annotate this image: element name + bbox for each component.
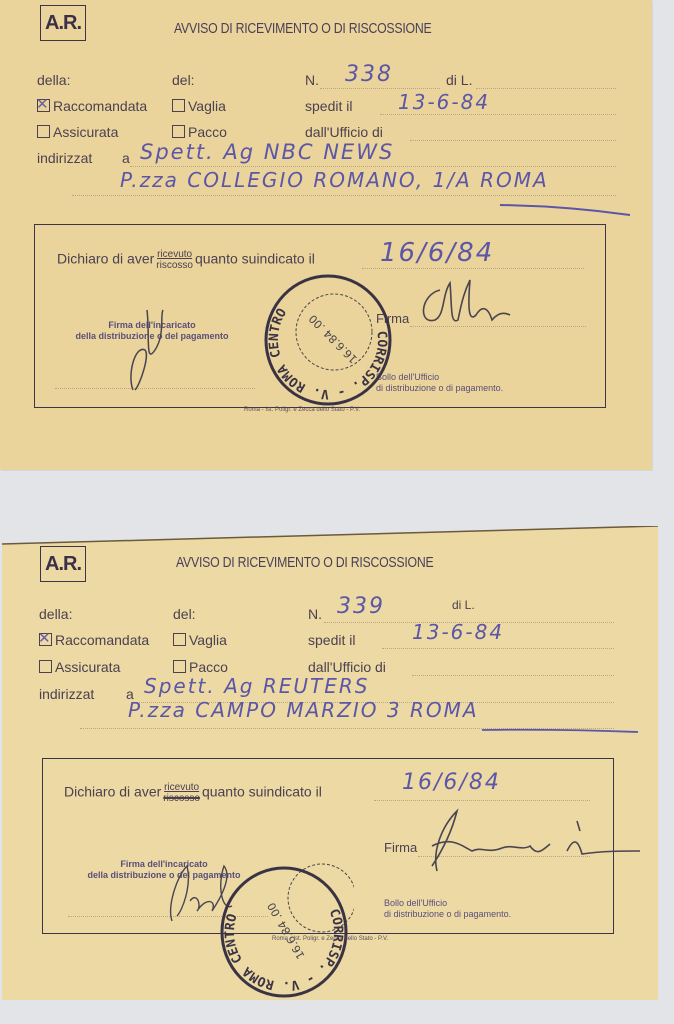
handwritten-recipient-2: P.zza CAMPO MARZIO 3 ROMA: [128, 698, 479, 722]
checkbox-icon: [173, 660, 186, 673]
form-title: AVVISO DI RICEVIMENTO O DI RISCOSSIONE: [174, 20, 431, 37]
printer-credit: Roma - Ist. Poligr. e Zecca dello Stato …: [244, 407, 360, 413]
svg-text:CORRISP. - V. ROMA CENTRO: CORRISP. - V. ROMA CENTRO: [260, 288, 398, 410]
checkbox-icon: [37, 125, 50, 138]
number-label: N.: [305, 72, 319, 88]
amount-line: [476, 88, 616, 89]
agent-signature: [125, 305, 175, 395]
della-label: della:: [39, 606, 72, 622]
ar-label: A.R.: [40, 546, 86, 582]
sent-label: spedit il: [305, 98, 352, 114]
office-label: dall'Ufficio di: [305, 124, 383, 140]
addressed-label: indirizzat: [37, 150, 92, 166]
ar-label: A.R.: [40, 5, 86, 41]
checkbox-vaglia[interactable]: Vaglia: [172, 98, 226, 114]
amount-label: di L.: [446, 72, 472, 88]
receipt-card-1: A.R. AVVISO DI RICEVIMENTO O DI RISCOSSI…: [0, 0, 652, 470]
recipient-signature: [410, 275, 520, 335]
checkbox-checked-icon: [37, 99, 50, 112]
handwritten-declaration-date: 16/6/84: [380, 238, 494, 268]
del-label: del:: [172, 72, 195, 88]
handwritten-number: 339: [337, 594, 385, 619]
address-line-2: [72, 195, 616, 196]
checkbox-raccomandata[interactable]: Raccomandata: [37, 98, 147, 114]
handwritten-declaration-date: 16/6/84: [402, 770, 501, 795]
checkbox-icon: [39, 660, 52, 673]
sent-line: [382, 648, 614, 649]
checkbox-pacco[interactable]: Pacco: [173, 659, 228, 675]
handwritten-recipient-2: P.zza COLLEGIO ROMANO, 1/A ROMA: [120, 168, 549, 192]
checkbox-assicurata[interactable]: Assicurata: [39, 659, 120, 675]
office-label: dall'Ufficio di: [308, 659, 386, 675]
sent-label: spedit il: [308, 632, 355, 648]
checkbox-pacco[interactable]: Pacco: [172, 124, 227, 140]
addressed-label: indirizzat: [39, 686, 94, 702]
number-label: N.: [308, 606, 322, 622]
checkbox-raccomandata[interactable]: Raccomandata: [39, 632, 149, 648]
printer-credit: Roma - Ist. Poligr. e Zecca dello Stato …: [272, 936, 388, 942]
receipt-card-2: A.R. AVVISO DI RICEVIMENTO O DI RISCOSSI…: [2, 526, 658, 1000]
underline-mark: [480, 724, 640, 738]
del-label: del:: [173, 606, 196, 622]
number-line: [320, 88, 440, 89]
form-title: AVVISO DI RICEVIMENTO O DI RISCOSSIONE: [176, 554, 433, 571]
svg-text:16.6.84 .00: 16.6.84 .00: [265, 900, 308, 961]
office-stamp-label: Bollo dell'Ufficiodi distribuzione o di …: [384, 898, 511, 920]
amount-label: di L.: [452, 598, 475, 612]
office-line: [410, 140, 616, 141]
della-label: della:: [37, 72, 70, 88]
declaration-text: Dichiaro di averricevutoriscossoquanto s…: [57, 249, 315, 271]
address-line-1: [130, 166, 616, 167]
postmark-stamp: CORRISP. - V. ROMA CENTRO 16.6.84 .00: [258, 270, 398, 410]
addressed-to-label: a: [122, 150, 130, 166]
svg-text:16.6.84 .00: 16.6.84 .00: [306, 312, 360, 366]
sent-line: [380, 114, 616, 115]
postmark-stamp: CORRISP. - V. ROMA CENTRO 16.6.84 .00: [214, 862, 354, 1002]
checkbox-icon: [172, 99, 185, 112]
handwritten-sent-date: 13-6-84: [398, 90, 490, 114]
handwritten-recipient-1: Spett. Ag NBC NEWS: [140, 140, 394, 164]
declaration-text: Dichiaro di averricevutoriscossoquanto s…: [64, 782, 322, 804]
recipient-signature: [412, 806, 642, 876]
checkbox-checked-icon: [39, 633, 52, 646]
handwritten-recipient-1: Spett. Ag REUTERS: [144, 674, 369, 698]
declaration-date-line: [374, 800, 590, 801]
office-line: [412, 675, 614, 676]
handwritten-sent-date: 13-6-84: [412, 620, 504, 644]
declaration-date-line: [362, 268, 584, 269]
handwritten-number: 338: [345, 62, 393, 87]
checkbox-icon: [172, 125, 185, 138]
checkbox-assicurata[interactable]: Assicurata: [37, 124, 118, 140]
checkbox-vaglia[interactable]: Vaglia: [173, 632, 227, 648]
checkbox-icon: [173, 633, 186, 646]
underline-mark: [495, 200, 635, 220]
